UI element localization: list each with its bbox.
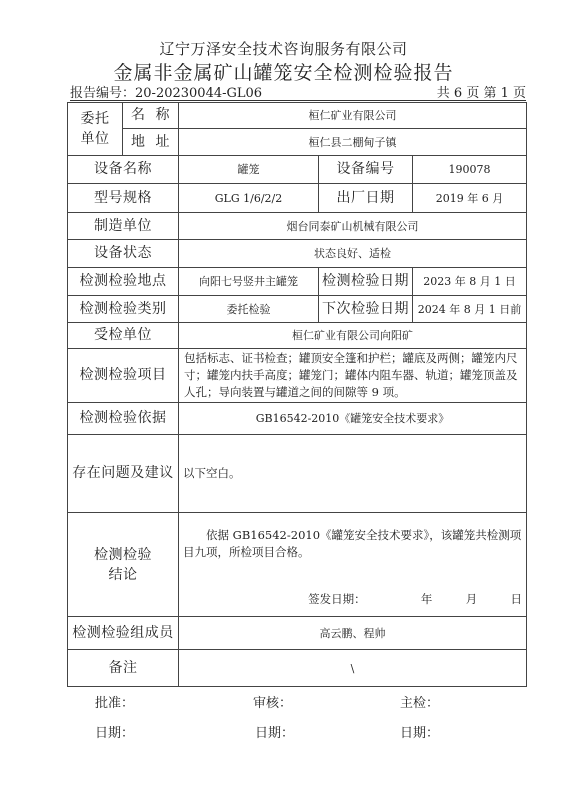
row-remarks: 备注 \ [68,650,527,687]
report-meta: 报告编号：20-20230044-GL06 共 6 页 第 1 页 [70,82,526,101]
inspected-unit-label: 受检单位 [68,323,179,349]
approve-label: 批准： [95,692,134,711]
next-date-label: 下次检验日期 [319,296,413,323]
client-name-label: 名 称 [123,103,179,129]
client-address-label: 地 址 [123,129,179,156]
row-manufacturer: 制造单位 烟台同泰矿山机械有限公司 [68,213,527,240]
category-label: 检测检验类别 [68,296,179,323]
approve-date-label: 日期： [95,722,134,741]
client-label: 委托单位 [68,103,123,156]
equipment-name-value: 罐笼 [179,156,319,184]
conclusion-text: 依据 GB16542-2010《罐笼安全技术要求》，该罐笼共检测项目九项，所检项… [183,527,522,561]
issue-date-year: 年 [421,591,433,608]
remarks-value: \ [179,650,527,687]
factory-date-value: 2019 年 6 月 [413,184,527,213]
report-number: 报告编号：20-20230044-GL06 [70,82,262,101]
issues-value: 以下空白。 [179,435,527,513]
basis-value: GB16542-2010《罐笼安全技术要求》 [179,403,527,435]
location-label: 检测检验地点 [68,268,179,296]
manufacturer-label: 制造单位 [68,213,179,240]
client-address-value: 桓仁县二棚甸子镇 [179,129,527,156]
team-label: 检测检验组成员 [68,617,179,650]
issue-date-month: 月 [466,591,478,608]
model-label: 型号规格 [68,184,179,213]
issue-date-label: 签发日期： [308,591,366,608]
review-label: 审核： [253,692,292,711]
issue-date: 签发日期： 年 月 日 [183,591,522,608]
company-name: 辽宁万泽安全技术咨询服务有限公司 [0,38,567,59]
items-text: 包括标志、证书检查；罐顶安全篷和护栏；罐底及两侧；罐笼内尺寸；罐笼内扶手高度；罐… [182,350,523,401]
status-label: 设备状态 [68,240,179,268]
row-status: 设备状态 状态良好、适检 [68,240,527,268]
report-table: 委托单位 名 称 桓仁矿业有限公司 地 址 桓仁县二棚甸子镇 设备名称 罐笼 设… [67,102,527,687]
client-label-text: 委托单位 [80,109,111,149]
factory-date-label: 出厂日期 [319,184,413,213]
row-equipment-name: 设备名称 罐笼 设备编号 190078 [68,156,527,184]
equipment-name-label: 设备名称 [68,156,179,184]
conclusion-value: 依据 GB16542-2010《罐笼安全技术要求》，该罐笼共检测项目九项，所检项… [179,513,527,617]
row-team: 检测检验组成员 高云鹏、程帅 [68,617,527,650]
row-basis: 检测检验依据 GB16542-2010《罐笼安全技术要求》 [68,403,527,435]
category-value: 委托检验 [179,296,319,323]
page-info: 共 6 页 第 1 页 [437,82,526,101]
row-conclusion: 检测检验 结论 依据 GB16542-2010《罐笼安全技术要求》，该罐笼共检测… [68,513,527,617]
row-location: 检测检验地点 向阳七号竖井主罐笼 检测检验日期 2023 年 8 月 1 日 [68,268,527,296]
inspector-label: 主检： [400,692,439,711]
items-label: 检测检验项目 [68,349,179,403]
inspection-date-value: 2023 年 8 月 1 日 [413,268,527,296]
row-issues: 存在问题及建议 以下空白。 [68,435,527,513]
basis-label: 检测检验依据 [68,403,179,435]
report-number-label: 报告编号： [70,86,135,101]
location-value: 向阳七号竖井主罐笼 [179,268,319,296]
report-title: 金属非金属矿山罐笼安全检测检验报告 [0,58,567,85]
equipment-no-label: 设备编号 [319,156,413,184]
inspector-date-label: 日期： [400,722,439,741]
next-date-value: 2024 年 8 月 1 日前 [413,296,527,323]
inspection-date-label: 检测检验日期 [319,268,413,296]
remarks-label: 备注 [68,650,179,687]
row-inspected-unit: 受检单位 桓仁矿业有限公司向阳矿 [68,323,527,349]
conclusion-label-line2: 结论 [71,565,175,585]
issues-label: 存在问题及建议 [68,435,179,513]
row-items: 检测检验项目 包括标志、证书检查；罐顶安全篷和护栏；罐底及两侧；罐笼内尺寸；罐笼… [68,349,527,403]
row-model: 型号规格 GLG 1/6/2/2 出厂日期 2019 年 6 月 [68,184,527,213]
review-date-label: 日期： [255,722,294,741]
client-name-value: 桓仁矿业有限公司 [179,103,527,129]
conclusion-label-line1: 检测检验 [71,545,175,565]
row-client-address: 地 址 桓仁县二棚甸子镇 [68,129,527,156]
equipment-no-value: 190078 [413,156,527,184]
row-client-name: 委托单位 名 称 桓仁矿业有限公司 [68,103,527,129]
conclusion-label: 检测检验 结论 [68,513,179,617]
model-value: GLG 1/6/2/2 [179,184,319,213]
issue-date-day: 日 [511,591,523,608]
manufacturer-value: 烟台同泰矿山机械有限公司 [179,213,527,240]
team-value: 高云鹏、程帅 [179,617,527,650]
status-value: 状态良好、适检 [179,240,527,268]
row-category: 检测检验类别 委托检验 下次检验日期 2024 年 8 月 1 日前 [68,296,527,323]
report-number-value: 20-20230044-GL06 [135,86,262,101]
items-value: 包括标志、证书检查；罐顶安全篷和护栏；罐底及两侧；罐笼内尺寸；罐笼内扶手高度；罐… [179,349,527,403]
inspected-unit-value: 桓仁矿业有限公司向阳矿 [179,323,527,349]
